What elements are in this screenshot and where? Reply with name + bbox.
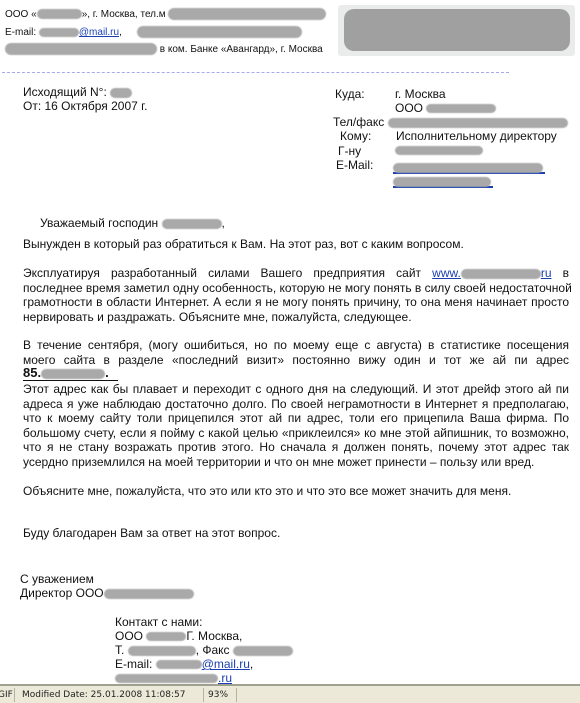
contact-city: Г. Москва,: [186, 629, 242, 643]
to-city: г. Москва: [395, 87, 446, 101]
ip-address: 85..: [23, 366, 118, 381]
letterhead-line-3: в ком. Банке «Авангард», г. Москва: [5, 41, 323, 58]
redaction: [146, 632, 186, 641]
paragraph-line: Этот адрес как бы плавает и переходит с …: [23, 382, 569, 397]
contact-phone: Т. , Факс: [115, 643, 293, 657]
redaction: [104, 589, 194, 599]
paragraph-line: большому счету, если я пойму с какой цел…: [23, 426, 569, 441]
link-suffix: ru: [541, 266, 552, 280]
contact-email-label: E-mail:: [115, 657, 152, 671]
redaction: [5, 43, 157, 55]
contact-org-prefix: ООО: [115, 629, 143, 643]
redaction: [110, 88, 132, 98]
whom-label: Кому:: [340, 129, 371, 143]
letterhead-text: ООО «: [5, 9, 37, 20]
redaction: [168, 8, 326, 20]
phone-row: Тел/факс: [333, 115, 568, 129]
paragraph-line: нервировать и раздражать. Объясните мне,…: [23, 310, 569, 325]
text: Эксплуатируя разработанный силами Вашего…: [23, 266, 421, 280]
salutation: Уважаемый господин ,: [40, 216, 225, 230]
contact-site-suffix: .ru: [218, 671, 232, 685]
contact-email-suffix: @mail.ru: [202, 657, 250, 671]
letterhead-text: ,: [119, 27, 122, 38]
paragraph-1: Эксплуатируя разработанный силами Вашего…: [23, 266, 569, 324]
letterhead-text: », г. Москва, тел.м: [82, 9, 166, 20]
company-logo: [338, 5, 575, 56]
letterhead-line-2: E-mail: @mail.ru,: [5, 24, 302, 41]
redaction: [388, 118, 568, 128]
intro-paragraph: Вынужден в который раз обратиться к Вам.…: [23, 237, 464, 251]
redaction: [233, 646, 293, 656]
paragraph-3: Этот адрес как бы плавает и переходит с …: [23, 382, 569, 470]
redaction: [41, 369, 105, 379]
outgoing-number: Исходящий N°:: [23, 85, 132, 99]
text: в: [563, 266, 569, 280]
status-modified-date: Modified Date: 25.01.2008 11:08:57: [18, 688, 204, 702]
contact-email-end: ,: [250, 657, 253, 671]
redaction: [37, 9, 82, 19]
status-format: GIF: [0, 688, 15, 702]
paragraph-line: что я не стану возражать против этого. Н…: [23, 440, 569, 455]
contact-fax-label: , Факс: [196, 643, 230, 657]
contact-site-link[interactable]: .ru: [115, 671, 232, 685]
redaction: [395, 146, 483, 155]
header-separator: [2, 72, 509, 73]
ip-end: .: [105, 365, 109, 380]
paragraph-line: Эксплуатируя разработанный силами Вашего…: [23, 266, 569, 281]
mr-label: Г-ну: [338, 144, 361, 158]
email-suffix: @mail.ru: [79, 27, 119, 38]
paragraph-2: В течение сентября, (могу ошибиться, но …: [23, 338, 569, 367]
redaction: [426, 104, 496, 113]
paragraph-line: адреса я уже наблюдаю достаточно долго. …: [23, 397, 569, 412]
redaction: [128, 646, 196, 656]
redaction: [162, 219, 222, 229]
email-label: E-mail:: [5, 27, 39, 38]
redaction: [344, 9, 570, 51]
redaction: [156, 660, 202, 669]
to-label: Куда:: [335, 87, 365, 101]
website-link[interactable]: www.ru: [432, 266, 551, 280]
phone-label: Тел/факс: [333, 115, 384, 129]
contact-phone-prefix: Т.: [115, 643, 124, 657]
redaction: [137, 26, 302, 38]
redaction: [115, 674, 218, 683]
contact-email: E-mail: @mail.ru,: [115, 657, 253, 671]
paragraph-line: грамотности в области Интернет. А если я…: [23, 295, 569, 310]
redaction: [461, 269, 541, 279]
to-org: ООО: [395, 101, 496, 115]
recipient-site-link[interactable]: [393, 173, 493, 188]
outgoing-number-label: Исходящий N°:: [23, 85, 107, 99]
letterhead-line-1: ООО «», г. Москва, тел.м: [5, 6, 326, 23]
regards: С уважением: [20, 572, 94, 586]
redaction: [393, 163, 543, 173]
paragraph-line: В течение сентября, (могу ошибиться, но …: [23, 338, 569, 353]
paragraph-5: Буду благодарен Вам за ответ на этот воп…: [23, 526, 280, 540]
recipient-email-label: E-Mail:: [336, 158, 373, 172]
redaction: [39, 28, 79, 37]
outgoing-date: От: 16 Октября 2007 г.: [23, 99, 147, 113]
letterhead-email-link[interactable]: @mail.ru: [39, 27, 119, 38]
salutation-text: Уважаемый господин: [40, 216, 158, 230]
director-prefix: Директор ООО: [20, 586, 104, 600]
contact-org: ООО Г. Москва,: [115, 629, 242, 643]
document-image: ООО «», г. Москва, тел.м E-mail: @mail.r…: [0, 0, 580, 684]
director-line: Директор ООО: [20, 586, 194, 600]
redaction: [393, 177, 491, 187]
paragraph-line: последнее время заметил одну особенность…: [23, 281, 569, 296]
status-zoom: 93%: [204, 688, 237, 702]
org-prefix: ООО: [395, 101, 423, 115]
status-bar: GIF Modified Date: 25.01.2008 11:08:57 9…: [0, 684, 580, 703]
link-prefix: www.: [432, 266, 461, 280]
letterhead-text: в ком. Банке «Авангард», г. Москва: [157, 44, 323, 55]
contact-title: Контакт с нами:: [115, 615, 202, 629]
recipient-email-link[interactable]: [393, 159, 545, 174]
ip-prefix: 85.: [23, 365, 41, 380]
whom-value: Исполнительному директору: [396, 129, 557, 143]
salutation-comma: ,: [222, 216, 225, 230]
paragraph-line: усердно приземлился на моей территории и…: [23, 455, 569, 470]
paragraph-line: что к моему сайту толи прицепился этот а…: [23, 411, 569, 426]
contact-email-link[interactable]: @mail.ru: [156, 657, 250, 671]
paragraph-4: Объясните мне, пожалуйста, что это или к…: [23, 484, 511, 498]
